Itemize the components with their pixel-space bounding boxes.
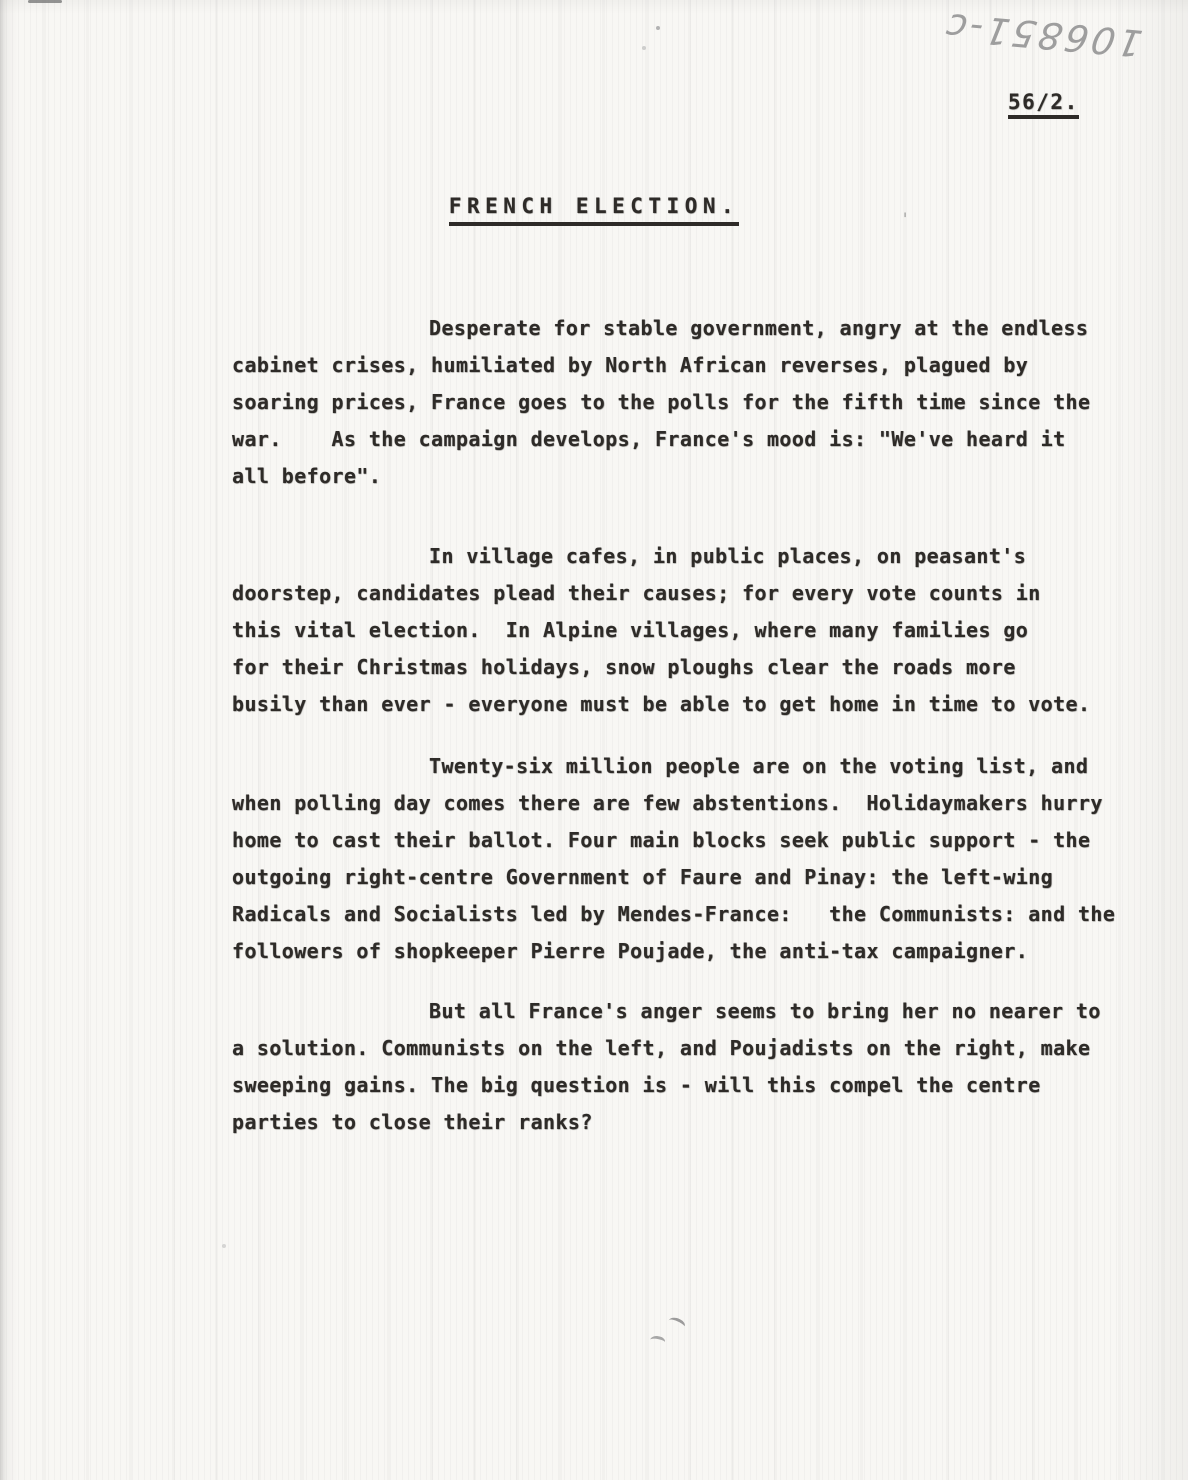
text-line: war. As the campaign develops, France's … <box>232 421 1090 458</box>
text-line: Radicals and Socialists led by Mendes-Fr… <box>232 896 1115 933</box>
text-line: Twenty-six million people are on the vot… <box>232 748 1115 785</box>
text-line: busily than ever - everyone must be able… <box>232 686 1090 723</box>
stray-apostrophe-mark: ' <box>900 210 910 230</box>
text-line: doorstep, candidates plead their causes;… <box>232 575 1090 612</box>
pencil-squiggle <box>666 1315 686 1333</box>
scanned-document-page: 106851-c 56/2. FRENCH ELECTION. ' Desper… <box>0 0 1188 1480</box>
text-line: home to cast their ballot. Four main blo… <box>232 822 1115 859</box>
pencil-squiggle <box>649 1335 666 1348</box>
pencil-dot-mark <box>222 1244 226 1248</box>
document-title: FRENCH ELECTION. <box>449 194 739 226</box>
paragraph: In village cafes, in public places, on p… <box>232 538 1090 723</box>
page-number: 56/2. <box>1008 90 1079 119</box>
scan-edge-artifact <box>28 0 62 3</box>
paragraph: Twenty-six million people are on the vot… <box>232 748 1115 970</box>
text-line: Desperate for stable government, angry a… <box>232 310 1090 347</box>
text-line: a solution. Communists on the left, and … <box>232 1030 1101 1067</box>
text-line: In village cafes, in public places, on p… <box>232 538 1090 575</box>
pencil-dot-mark <box>656 26 660 30</box>
title-row: FRENCH ELECTION. <box>0 194 1188 226</box>
text-line: all before". <box>232 458 1090 495</box>
text-line: when polling day comes there are few abs… <box>232 785 1115 822</box>
text-line: sweeping gains. The big question is - wi… <box>232 1067 1101 1104</box>
text-line: for their Christmas holidays, snow ploug… <box>232 649 1090 686</box>
text-line: followers of shopkeeper Pierre Poujade, … <box>232 933 1115 970</box>
pencil-dot-mark <box>642 46 646 50</box>
text-line: this vital election. In Alpine villages,… <box>232 612 1090 649</box>
text-line: cabinet crises, humiliated by North Afri… <box>232 347 1090 384</box>
paragraph: Desperate for stable government, angry a… <box>232 310 1090 495</box>
text-line: soaring prices, France goes to the polls… <box>232 384 1090 421</box>
handwritten-reference-number: 106851-c <box>958 6 1146 64</box>
text-line: But all France's anger seems to bring he… <box>232 993 1101 1030</box>
text-line: parties to close their ranks? <box>232 1104 1101 1141</box>
text-line: outgoing right-centre Government of Faur… <box>232 859 1115 896</box>
paragraph: But all France's anger seems to bring he… <box>232 993 1101 1141</box>
